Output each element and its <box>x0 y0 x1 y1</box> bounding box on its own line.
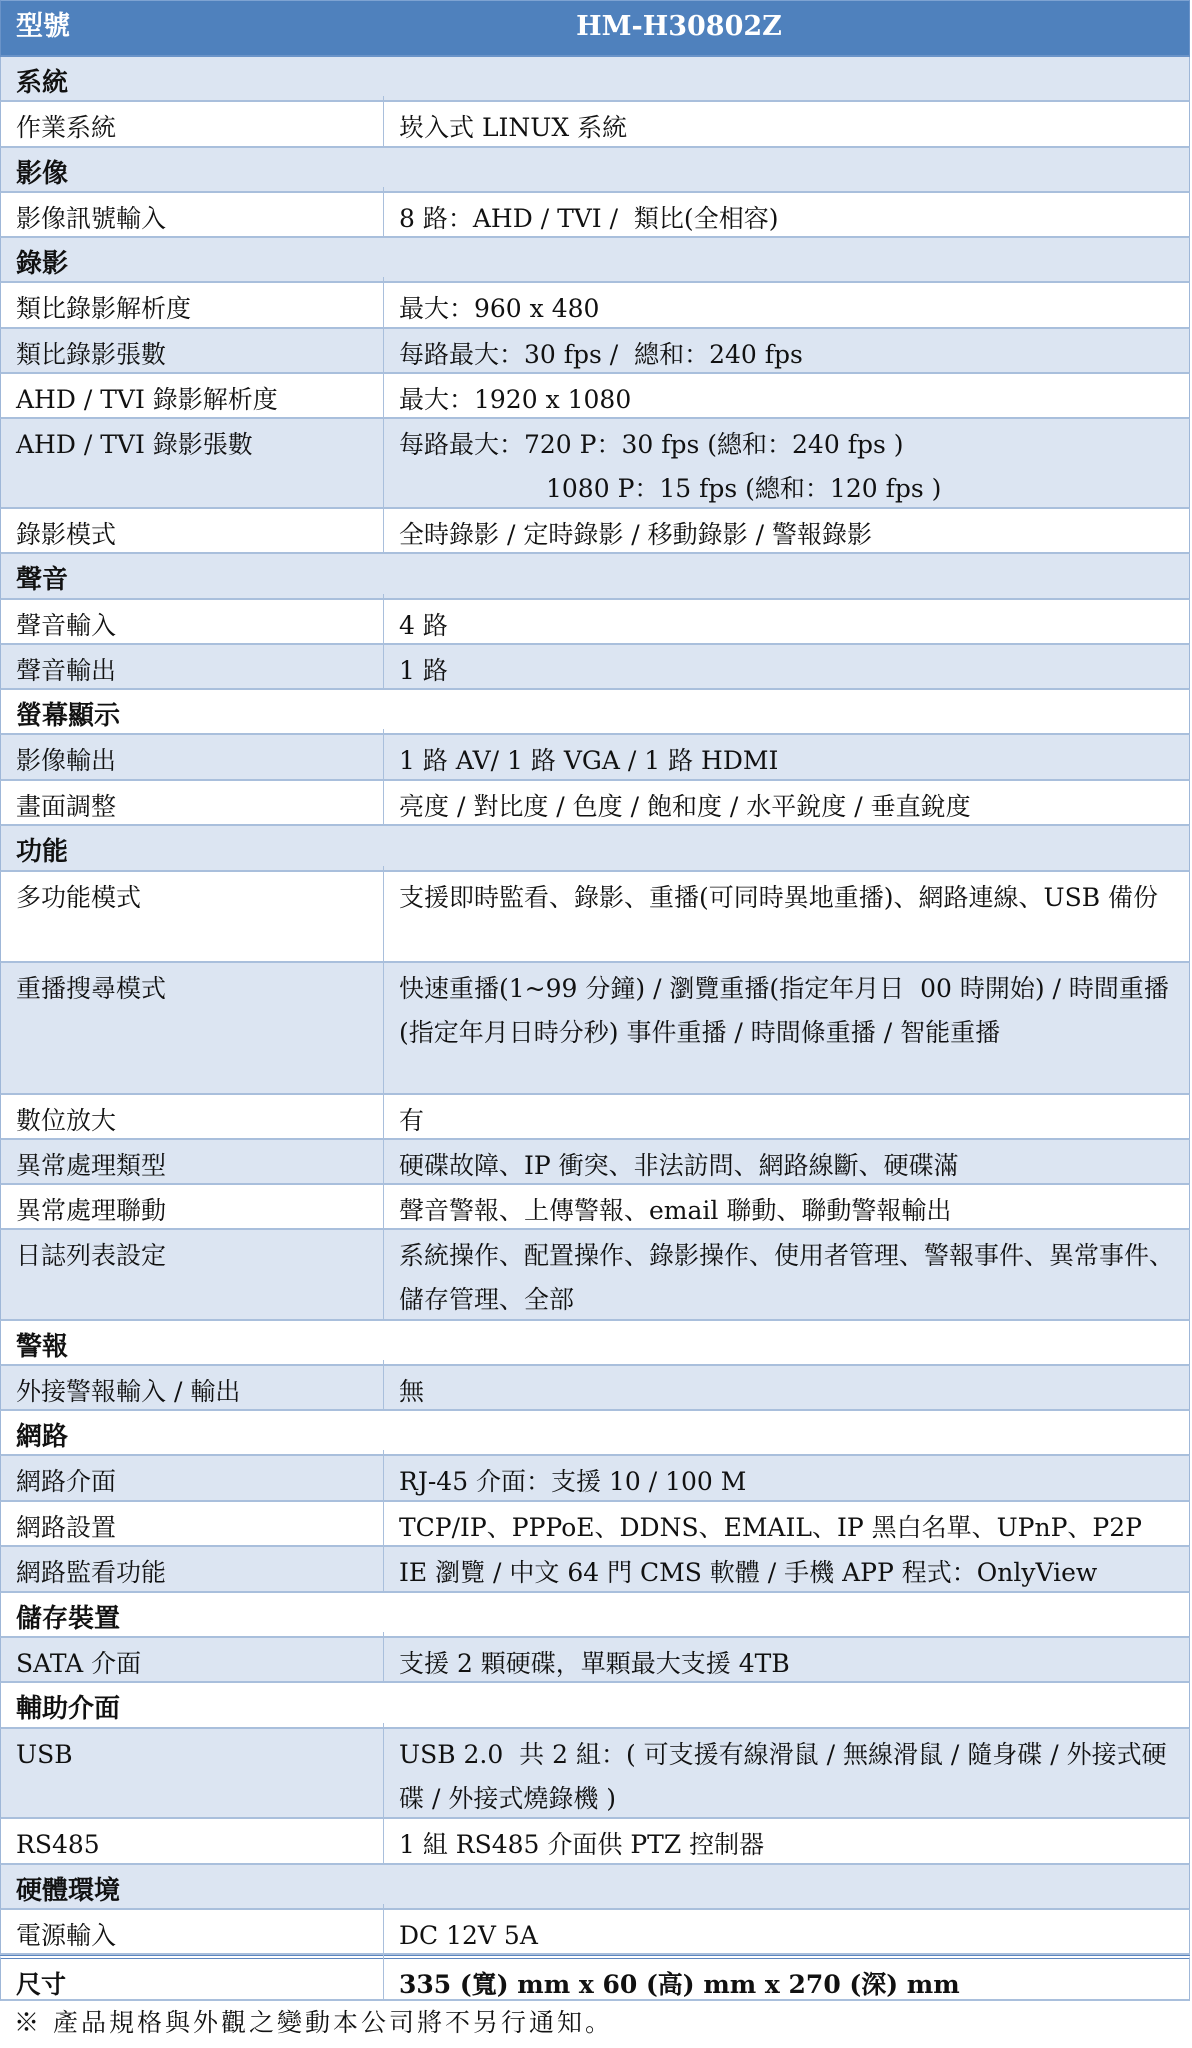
spec-label: USB <box>1 1723 384 1817</box>
spec-value: 每路最大：720 P：30 fps (總和：240 fps )1080 P：15… <box>384 413 1189 507</box>
section-title: 聲音 <box>1 554 68 598</box>
spec-value: IE 瀏覽 / 中文 64 門 CMS 軟體 / 手機 APP 程式：OnlyV… <box>384 1541 1189 1591</box>
spec-row: 影像訊號輸入8 路：AHD / TVI / 類比(全相容) <box>0 193 1190 238</box>
spec-value-text: 亮度 / 對比度 / 色度 / 飽和度 / 水平銳度 / 垂直銳度 <box>399 792 971 821</box>
spec-value: 4 路 <box>384 594 1189 643</box>
spec-row: 錄影模式全時錄影 / 定時錄影 / 移動錄影 / 警報錄影 <box>0 509 1190 554</box>
spec-value-text: 硬碟故障、IP 衝突、非法訪問、網路線斷、硬碟滿 <box>399 1151 959 1180</box>
spec-value: 全時錄影 / 定時錄影 / 移動錄影 / 警報錄影 <box>384 503 1189 552</box>
spec-value-text: 8 路：AHD / TVI / 類比(全相容) <box>399 204 778 233</box>
spec-value-text: 支援即時監看、錄影、重播(可同時異地重播)、網路連線、USB 備份 <box>399 883 1158 912</box>
spec-value-text: 聲音警報、上傳警報、email 聯動、聯動警報輸出 <box>399 1196 951 1225</box>
spec-value-text: 1 路 AV/ 1 路 VGA / 1 路 HDMI <box>399 746 778 775</box>
section-title: 影像 <box>1 148 68 191</box>
spec-label: AHD / TVI 錄影解析度 <box>1 368 384 417</box>
spec-value-text: IE 瀏覽 / 中文 64 門 CMS 軟體 / 手機 APP 程式：OnlyV… <box>399 1558 1097 1587</box>
spec-value-text: 系統操作、配置操作、錄影操作、使用者管理、警報事件、異常事件、儲存管理、全部 <box>399 1241 1174 1314</box>
spec-row: 畫面調整亮度 / 對比度 / 色度 / 飽和度 / 水平銳度 / 垂直銳度 <box>0 781 1190 826</box>
spec-value: 最大：1920 x 1080 <box>384 368 1189 417</box>
spec-label: 聲音輸入 <box>1 594 384 643</box>
spec-label: 外接警報輸入 / 輸出 <box>1 1360 384 1409</box>
spec-label: 數位放大 <box>1 1089 384 1138</box>
spec-value-text: 4 路 <box>399 611 448 640</box>
spec-value-text: DC 12V 5A <box>399 1921 538 1950</box>
spec-label: 異常處理類型 <box>1 1134 384 1183</box>
spec-row: 外接警報輸入 / 輸出無 <box>0 1366 1190 1411</box>
section-title: 系統 <box>1 57 68 100</box>
spec-value: RJ-45 介面：支援 10 / 100 M <box>384 1450 1189 1500</box>
spec-value: 1 組 RS485 介面供 PTZ 控制器 <box>384 1813 1189 1863</box>
spec-value-text: 快速重播(1~99 分鐘) / 瀏覽重播(指定年月日 00 時開始) / 時間重… <box>399 974 1169 1047</box>
header-row: 型號 HM-H30802Z <box>0 0 1190 57</box>
spec-value-text: 全時錄影 / 定時錄影 / 移動錄影 / 警報錄影 <box>399 520 872 549</box>
spec-label: 類比錄影解析度 <box>1 277 384 327</box>
section-title: 網路 <box>1 1411 68 1454</box>
spec-value-text: 崁入式 LINUX 系統 <box>399 113 627 142</box>
spec-label: AHD / TVI 錄影張數 <box>1 413 384 507</box>
spec-label: 尺寸 <box>1 1953 384 1999</box>
spec-value: 亮度 / 對比度 / 色度 / 飽和度 / 水平銳度 / 垂直銳度 <box>384 775 1189 824</box>
spec-label: 影像輸出 <box>1 729 384 779</box>
spec-value: 335 (寬) mm x 60 (高) mm x 270 (深) mm <box>384 1953 1189 1999</box>
spec-value-text: 有 <box>399 1106 424 1135</box>
spec-label: 重播搜尋模式 <box>1 957 384 1093</box>
model-number: HM-H30802Z <box>384 0 1189 55</box>
spec-value-text: 支援 2 顆硬碟，單顆最大支援 4TB <box>399 1649 790 1678</box>
spec-label: 畫面調整 <box>1 775 384 824</box>
spec-row: RS4851 組 RS485 介面供 PTZ 控制器 <box>0 1819 1190 1865</box>
spec-value-text: TCP/IP、PPPoE、DDNS、EMAIL、IP 黑白名單、UPnP、P2P <box>399 1513 1142 1542</box>
spec-value: 1 路 AV/ 1 路 VGA / 1 路 HDMI <box>384 729 1189 779</box>
spec-value: 崁入式 LINUX 系統 <box>384 96 1189 146</box>
spec-value: 最大：960 x 480 <box>384 277 1189 327</box>
spec-label: 多功能模式 <box>1 866 384 961</box>
spec-label: 電源輸入 <box>1 1904 384 1953</box>
spec-value: 無 <box>384 1360 1189 1409</box>
spec-value: DC 12V 5A <box>384 1904 1189 1953</box>
section-title: 錄影 <box>1 238 68 281</box>
model-label: 型號 <box>1 0 384 55</box>
spec-value-text: 無 <box>399 1377 424 1406</box>
spec-label: SATA 介面 <box>1 1632 384 1681</box>
spec-value: 聲音警報、上傳警報、email 聯動、聯動警報輸出 <box>384 1179 1189 1228</box>
spec-value-text: 1 組 RS485 介面供 PTZ 控制器 <box>399 1830 764 1859</box>
section-title: 螢幕顯示 <box>1 690 120 733</box>
spec-value: 系統操作、配置操作、錄影操作、使用者管理、警報事件、異常事件、儲存管理、全部 <box>384 1224 1189 1319</box>
spec-label: 聲音輸出 <box>1 639 384 688</box>
spec-value: 硬碟故障、IP 衝突、非法訪問、網路線斷、硬碟滿 <box>384 1134 1189 1183</box>
spec-label: 影像訊號輸入 <box>1 187 384 236</box>
spec-value: 1 路 <box>384 639 1189 688</box>
section-title: 警報 <box>1 1321 68 1364</box>
spec-value-text: 最大：960 x 480 <box>399 294 599 323</box>
spec-label: 錄影模式 <box>1 503 384 552</box>
spec-value: 支援 2 顆硬碟，單顆最大支援 4TB <box>384 1632 1189 1681</box>
spec-value: 8 路：AHD / TVI / 類比(全相容) <box>384 187 1189 236</box>
spec-value: 有 <box>384 1089 1189 1138</box>
section-title: 輔助介面 <box>1 1683 120 1727</box>
spec-value: 每路最大：30 fps / 總和：240 fps <box>384 323 1189 372</box>
spec-row: AHD / TVI 錄影張數每路最大：720 P：30 fps (總和：240 … <box>0 419 1190 509</box>
spec-label: 網路設置 <box>1 1496 384 1545</box>
spec-label: 異常處理聯動 <box>1 1179 384 1228</box>
spec-value: TCP/IP、PPPoE、DDNS、EMAIL、IP 黑白名單、UPnP、P2P <box>384 1496 1189 1545</box>
spec-row: 作業系統崁入式 LINUX 系統 <box>0 102 1190 148</box>
section-title: 儲存裝置 <box>1 1593 120 1636</box>
spec-label: RS485 <box>1 1813 384 1863</box>
spec-row: 電源輸入DC 12V 5A <box>0 1910 1190 1955</box>
spec-row: 重播搜尋模式快速重播(1~99 分鐘) / 瀏覽重播(指定年月日 00 時開始)… <box>0 963 1190 1095</box>
spec-row: 日誌列表設定系統操作、配置操作、錄影操作、使用者管理、警報事件、異常事件、儲存管… <box>0 1230 1190 1321</box>
spec-value: 快速重播(1~99 分鐘) / 瀏覽重播(指定年月日 00 時開始) / 時間重… <box>384 957 1189 1093</box>
spec-row: SATA 介面支援 2 顆硬碟，單顆最大支援 4TB <box>0 1638 1190 1683</box>
spec-value: USB 2.0 共 2 組：( 可支援有線滑鼠 / 無線滑鼠 / 隨身碟 / 外… <box>384 1723 1189 1817</box>
spec-value-text: 最大：1920 x 1080 <box>399 385 631 414</box>
spec-label: 日誌列表設定 <box>1 1224 384 1319</box>
spec-value-text: 每路最大：30 fps / 總和：240 fps <box>399 340 803 369</box>
spec-value-text: USB 2.0 共 2 組：( 可支援有線滑鼠 / 無線滑鼠 / 隨身碟 / 外… <box>399 1740 1167 1813</box>
section-title: 硬體環境 <box>1 1865 120 1908</box>
spec-label: 網路監看功能 <box>1 1541 384 1591</box>
spec-row: 聲音輸出1 路 <box>0 645 1190 690</box>
spec-value-text: 1 路 <box>399 656 448 685</box>
spec-row: 尺寸335 (寬) mm x 60 (高) mm x 270 (深) mm <box>0 1955 1190 2001</box>
spec-label: 類比錄影張數 <box>1 323 384 372</box>
footnote: ※ 產品規格與外觀之變動本公司將不另行通知。 <box>14 2003 613 2043</box>
spec-value: 支援即時監看、錄影、重播(可同時異地重播)、網路連線、USB 備份 <box>384 866 1189 961</box>
spec-label: 作業系統 <box>1 96 384 146</box>
spec-row: 網路監看功能IE 瀏覽 / 中文 64 門 CMS 軟體 / 手機 APP 程式… <box>0 1547 1190 1593</box>
spec-value-text: 335 (寬) mm x 60 (高) mm x 270 (深) mm <box>399 1970 960 1999</box>
spec-row: 多功能模式支援即時監看、錄影、重播(可同時異地重播)、網路連線、USB 備份 <box>0 872 1190 963</box>
spec-label: 網路介面 <box>1 1450 384 1500</box>
spec-row: USBUSB 2.0 共 2 組：( 可支援有線滑鼠 / 無線滑鼠 / 隨身碟 … <box>0 1729 1190 1819</box>
spec-value-text: 每路最大：720 P：30 fps (總和：240 fps ) <box>399 430 903 459</box>
section-title: 功能 <box>1 826 68 870</box>
spec-value-text: RJ-45 介面：支援 10 / 100 M <box>399 1467 746 1496</box>
